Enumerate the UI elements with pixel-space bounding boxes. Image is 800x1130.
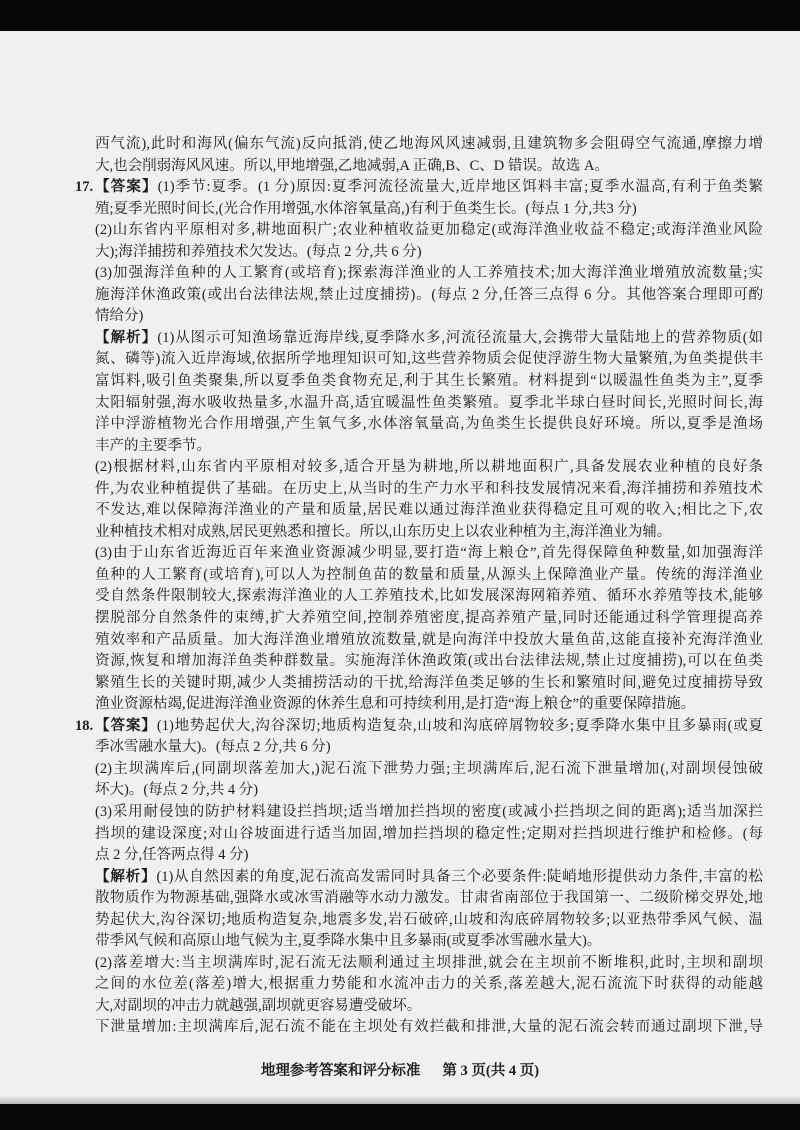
text-line: 【解析】(1)从图示可知渔场靠近海岸线,夏季降水多,河流径流量大,会携带大量陆地… (95, 328, 763, 350)
text-line: 施海洋休渔政策(或出台法律法规,禁止过度捕捞)。(每点 2 分,任答三点得 6 … (95, 285, 763, 307)
text-line: (3)由于山东省近海近百年来渔业资源减少明显,要打造“海上粮仓”,首先得保障鱼种… (95, 543, 763, 565)
text-line: 坏大)。(每点 2 分,共 4 分) (95, 780, 763, 802)
text-line: 之间的水位差(落差)增大,根据重力势能和水流冲击力的关系,落差越大,泥石流流下时… (95, 974, 763, 996)
document-page: 西气流),此时和海风(偏东气流)反向抵消,使乙地海风风速减弱,且建筑物多会阻碍空… (0, 31, 800, 1096)
text-line: 点 2 分,任答两点得 4 分) (95, 845, 763, 867)
text-line: 【解析】(1)从自然因素的角度,泥石流高发需同时具备三个必要条件:陡峭地形提供动… (95, 867, 763, 889)
page-footer: 地理参考答案和评分标准第 3 页(共 4 页) (0, 1059, 800, 1080)
text-line: 下泄量增加:主坝满库后,泥石流不能在主坝处有效拦截和排泄,大量的泥石流会转而通过… (95, 1017, 763, 1039)
text-line: 不发达,难以保障海洋渔业的产量和质量,居民难以通过海洋渔业获得稳定且可观的收入;… (95, 500, 763, 522)
section-label: 【解析】 (95, 330, 157, 346)
text-line: 富饵料,吸引鱼类聚集,所以夏季鱼类食物充足,利于其生长繁殖。材料提到“以暖温性鱼… (95, 371, 763, 393)
text-block: 西气流),此时和海风(偏东气流)反向抵消,使乙地海风风速减弱,且建筑物多会阻碍空… (95, 134, 763, 1039)
text-line: 挡坝的建设深度;对山谷坡面进行适当加固,增加拦挡坝的稳定性;定期对拦挡坝进行维护… (95, 824, 763, 846)
text-line: (2)根据材料,山东省内平原相对较多,适合开垦为耕地,所以耕地面积广,具备发展农… (95, 457, 763, 479)
text-line: 大,也会削弱海风风速。所以,甲地增强,乙地减弱,A 正确,B、C、D 错误。故选… (95, 156, 763, 178)
text-line: (3)采用耐侵蚀的防护材料建设拦挡坝;适当增加拦挡坝的密度(或减小拦挡坝之间的距… (95, 802, 763, 824)
question-number: 17. (75, 177, 93, 199)
text-line: 太阳辐射强,海水吸收热量多,水温升高,适宜暖温性鱼类繁殖。夏季北半球白昼时间长,… (95, 393, 763, 415)
text-line: 情给分) (95, 306, 763, 328)
text-line: 繁殖生长的关键时期,减少人类捕捞活动的干扰,给海洋鱼类足够的生长和繁殖时间,避免… (95, 673, 763, 695)
text-line: 18.【答案】(1)地势起伏大,沟谷深切;地质构造复杂,山坡和沟底碎屑物较多;夏… (95, 716, 763, 738)
text-line: 氮、磷等)流入近岸海域,依据所学地理知识可知,这些营养物质会促使浮游生物大量繁殖… (95, 349, 763, 371)
bottom-letterbox-bar (0, 1104, 800, 1130)
text-line: 殖效率和产品质量。加大海洋渔业增殖放流数量,就是向海洋中投放大量鱼苗,这能直接补… (95, 630, 763, 652)
text-line: 受自然条件限制较大,探索海洋渔业的人工养殖技术,比如发展深海网箱养殖、循环水养殖… (95, 586, 763, 608)
section-label: 【解析】 (95, 869, 156, 885)
section-label: 【答案】 (95, 718, 157, 734)
text-line: 洋中浮游植物光合作用增强,产生氧气多,水体溶氧量高,为鱼类生长提供良好环境。所以… (95, 414, 763, 436)
question-number: 18. (75, 716, 93, 738)
text-line: 西气流),此时和海风(偏东气流)反向抵消,使乙地海风风速减弱,且建筑物多会阻碍空… (95, 134, 763, 156)
text-line: 件,为农业种植提供了基础。在历史上,从当时的生产力水平和科技发展情况来看,海洋捕… (95, 479, 763, 501)
text-line: 渔业资源枯竭,促进海洋渔业资源的休养生息和可持续利用,是打造“海上粮仓”的重要保… (95, 694, 763, 716)
text-line: 摆脱部分自然条件的束缚,扩大养殖空间,控制养殖密度,提高养殖产量,同时还能通过科… (95, 608, 763, 630)
scanned-exam-answer-page: { "page": { "footer_title": "地理参考答案和评分标准… (0, 0, 800, 1130)
text-line: (3)加强海洋鱼种的人工繁育(或培育);探索海洋渔业的人工养殖技术;加大海洋渔业… (95, 263, 763, 285)
text-line: 丰产的主要季节。 (95, 436, 763, 458)
text-line: 殖;夏季光照时间长,(光合作用增强,水体溶氧量高,)有利于鱼类生长。(每点 1 … (95, 199, 763, 221)
text-line: 势起伏大,沟谷深切;地质构造复杂,地震多发,岩石破碎,山坡和沟底碎屑物较多;以亚… (95, 910, 763, 932)
footer-document-title: 地理参考答案和评分标准 (261, 1063, 421, 1079)
text-line: 大,对副坝的冲击力就越强,副坝就更容易遭受破坏。 (95, 996, 763, 1018)
section-label: 【答案】 (95, 179, 158, 195)
top-letterbox-bar (0, 0, 800, 31)
text-line: (2)山东省内平原相对多,耕地面积广;农业种植收益更加稳定(或海洋渔业收益不稳定… (95, 220, 763, 242)
page-bottom-edge-shadow (0, 1096, 800, 1104)
footer-page-number: 第 3 页(共 4 页) (442, 1063, 539, 1079)
text-line: 散物质作为物源基础,强降水或冰雪消融等水动力激发。甘肃省南部位于我国第一、二级阶… (95, 888, 763, 910)
text-line: 17.【答案】(1)季节:夏季。(1 分)原因:夏季河流径流量大,近岸地区饵料丰… (95, 177, 763, 199)
text-line: (2)主坝满库后,(同副坝落差加大,)泥石流下泄势力强;主坝满库后,泥石流下泄量… (95, 759, 763, 781)
text-line: (2)落差增大:当主坝满库时,泥石流无法顺利通过主坝排泄,就会在主坝前不断堆积,… (95, 953, 763, 975)
text-line: 业种植技术相对成熟,居民更熟悉和擅长。所以,山东历史上以农业种植为主,海洋渔业为… (95, 522, 763, 544)
text-line: 资源,恢复和增加海洋鱼类种群数量。实施海洋休渔政策(或出台法律法规,禁止过度捕捞… (95, 651, 763, 673)
text-line: 鱼种的人工繁育(或培育),可以人为控制鱼苗的数量和质量,从源头上保障渔业产量。传… (95, 565, 763, 587)
text-line: 季冰雪融水量大)。(每点 2 分,共 6 分) (95, 737, 763, 759)
text-line: 带季风气候和高原山地气候为主,夏季降水集中且多暴雨(或夏季冰雪融水量大)。 (95, 931, 763, 953)
text-line: 大);海洋捕捞和养殖技术欠发达。(每点 2 分,共 6 分) (95, 242, 763, 264)
